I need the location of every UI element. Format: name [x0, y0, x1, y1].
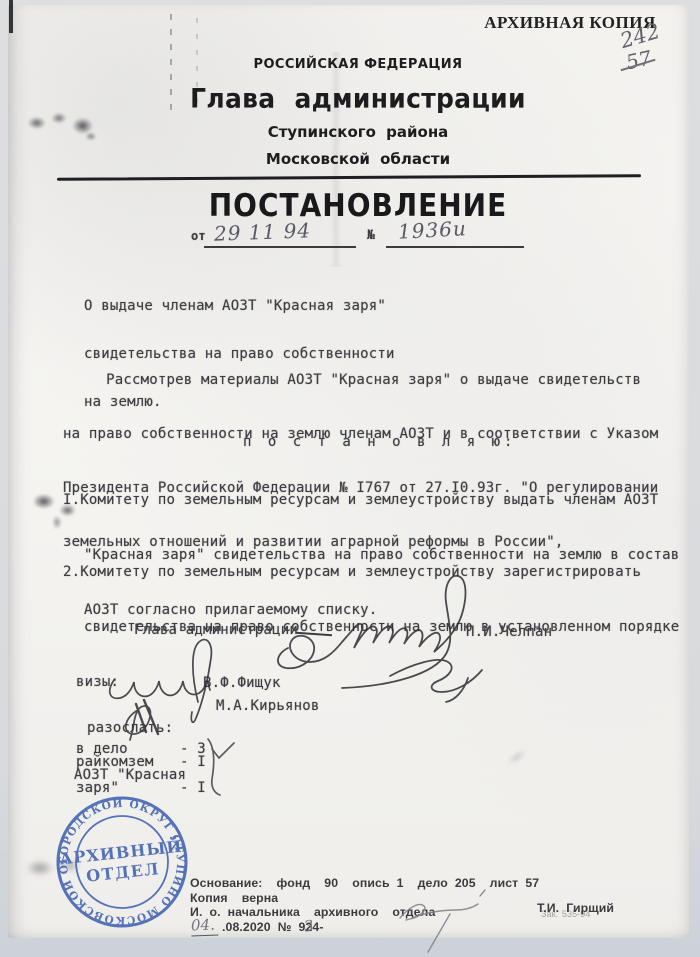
scanned-document: АРХИВНАЯ КОПИЯ 242 57 РОССИЙСКАЯ ФЕДЕРАЦ…	[0, 0, 700, 957]
certifier-signature-stroke	[400, 904, 478, 920]
brace-stroke	[208, 739, 220, 795]
certifier-signature-descender	[428, 914, 450, 952]
visa-signature-loop	[191, 640, 211, 723]
document-type-title: ПОСТАНОВЛЕНИЕ	[190, 187, 526, 224]
letterhead-district: Ступинского района	[233, 123, 483, 141]
letterhead-region: Московской области	[233, 150, 483, 168]
reg-number-label: №	[367, 228, 375, 243]
certifier-signature-tick	[480, 890, 485, 896]
handwritten-footer-day: 04.	[191, 916, 219, 937]
distribution-checkmark-ink	[194, 735, 240, 799]
certifier-signature-ink	[392, 888, 507, 954]
reg-date-underline	[204, 246, 356, 248]
handwritten-reg-number: 1936и	[397, 216, 467, 244]
reg-number-underline	[386, 246, 524, 248]
item1-line: I.Комитету по земельным ресурсам и земле…	[63, 489, 679, 512]
subject-line: О выдаче членам АОЗТ "Красная заря"	[84, 298, 395, 314]
distribution-label: разослать:	[87, 720, 173, 736]
preamble-line: Рассмотрев материалы АОЗТ "Красная заря"…	[63, 369, 658, 391]
footer-certifier-name: Т.И. Гирщий	[537, 901, 614, 915]
footer-copy-certified: Копия верна	[190, 891, 278, 905]
handwritten-reg-date: 29 11 94	[214, 218, 312, 245]
signature-flourish	[390, 660, 482, 702]
archive-stamp: ГОРОДСКОЙ ОКРУГ СТУПИНО МОСКОВСКОЙ ОБЛАС…	[52, 792, 193, 933]
signature-stroke	[278, 576, 466, 688]
check-stroke	[212, 743, 234, 758]
letterhead-federation: РОССИЙСКАЯ ФЕДЕРАЦИЯ	[233, 57, 483, 72]
letterhead-title: Глава администрации	[188, 83, 528, 114]
resolve-word: п о с т а н о в л я ю:	[243, 434, 516, 450]
reg-date-label: от	[191, 229, 206, 243]
head-signature-ink	[272, 570, 527, 710]
